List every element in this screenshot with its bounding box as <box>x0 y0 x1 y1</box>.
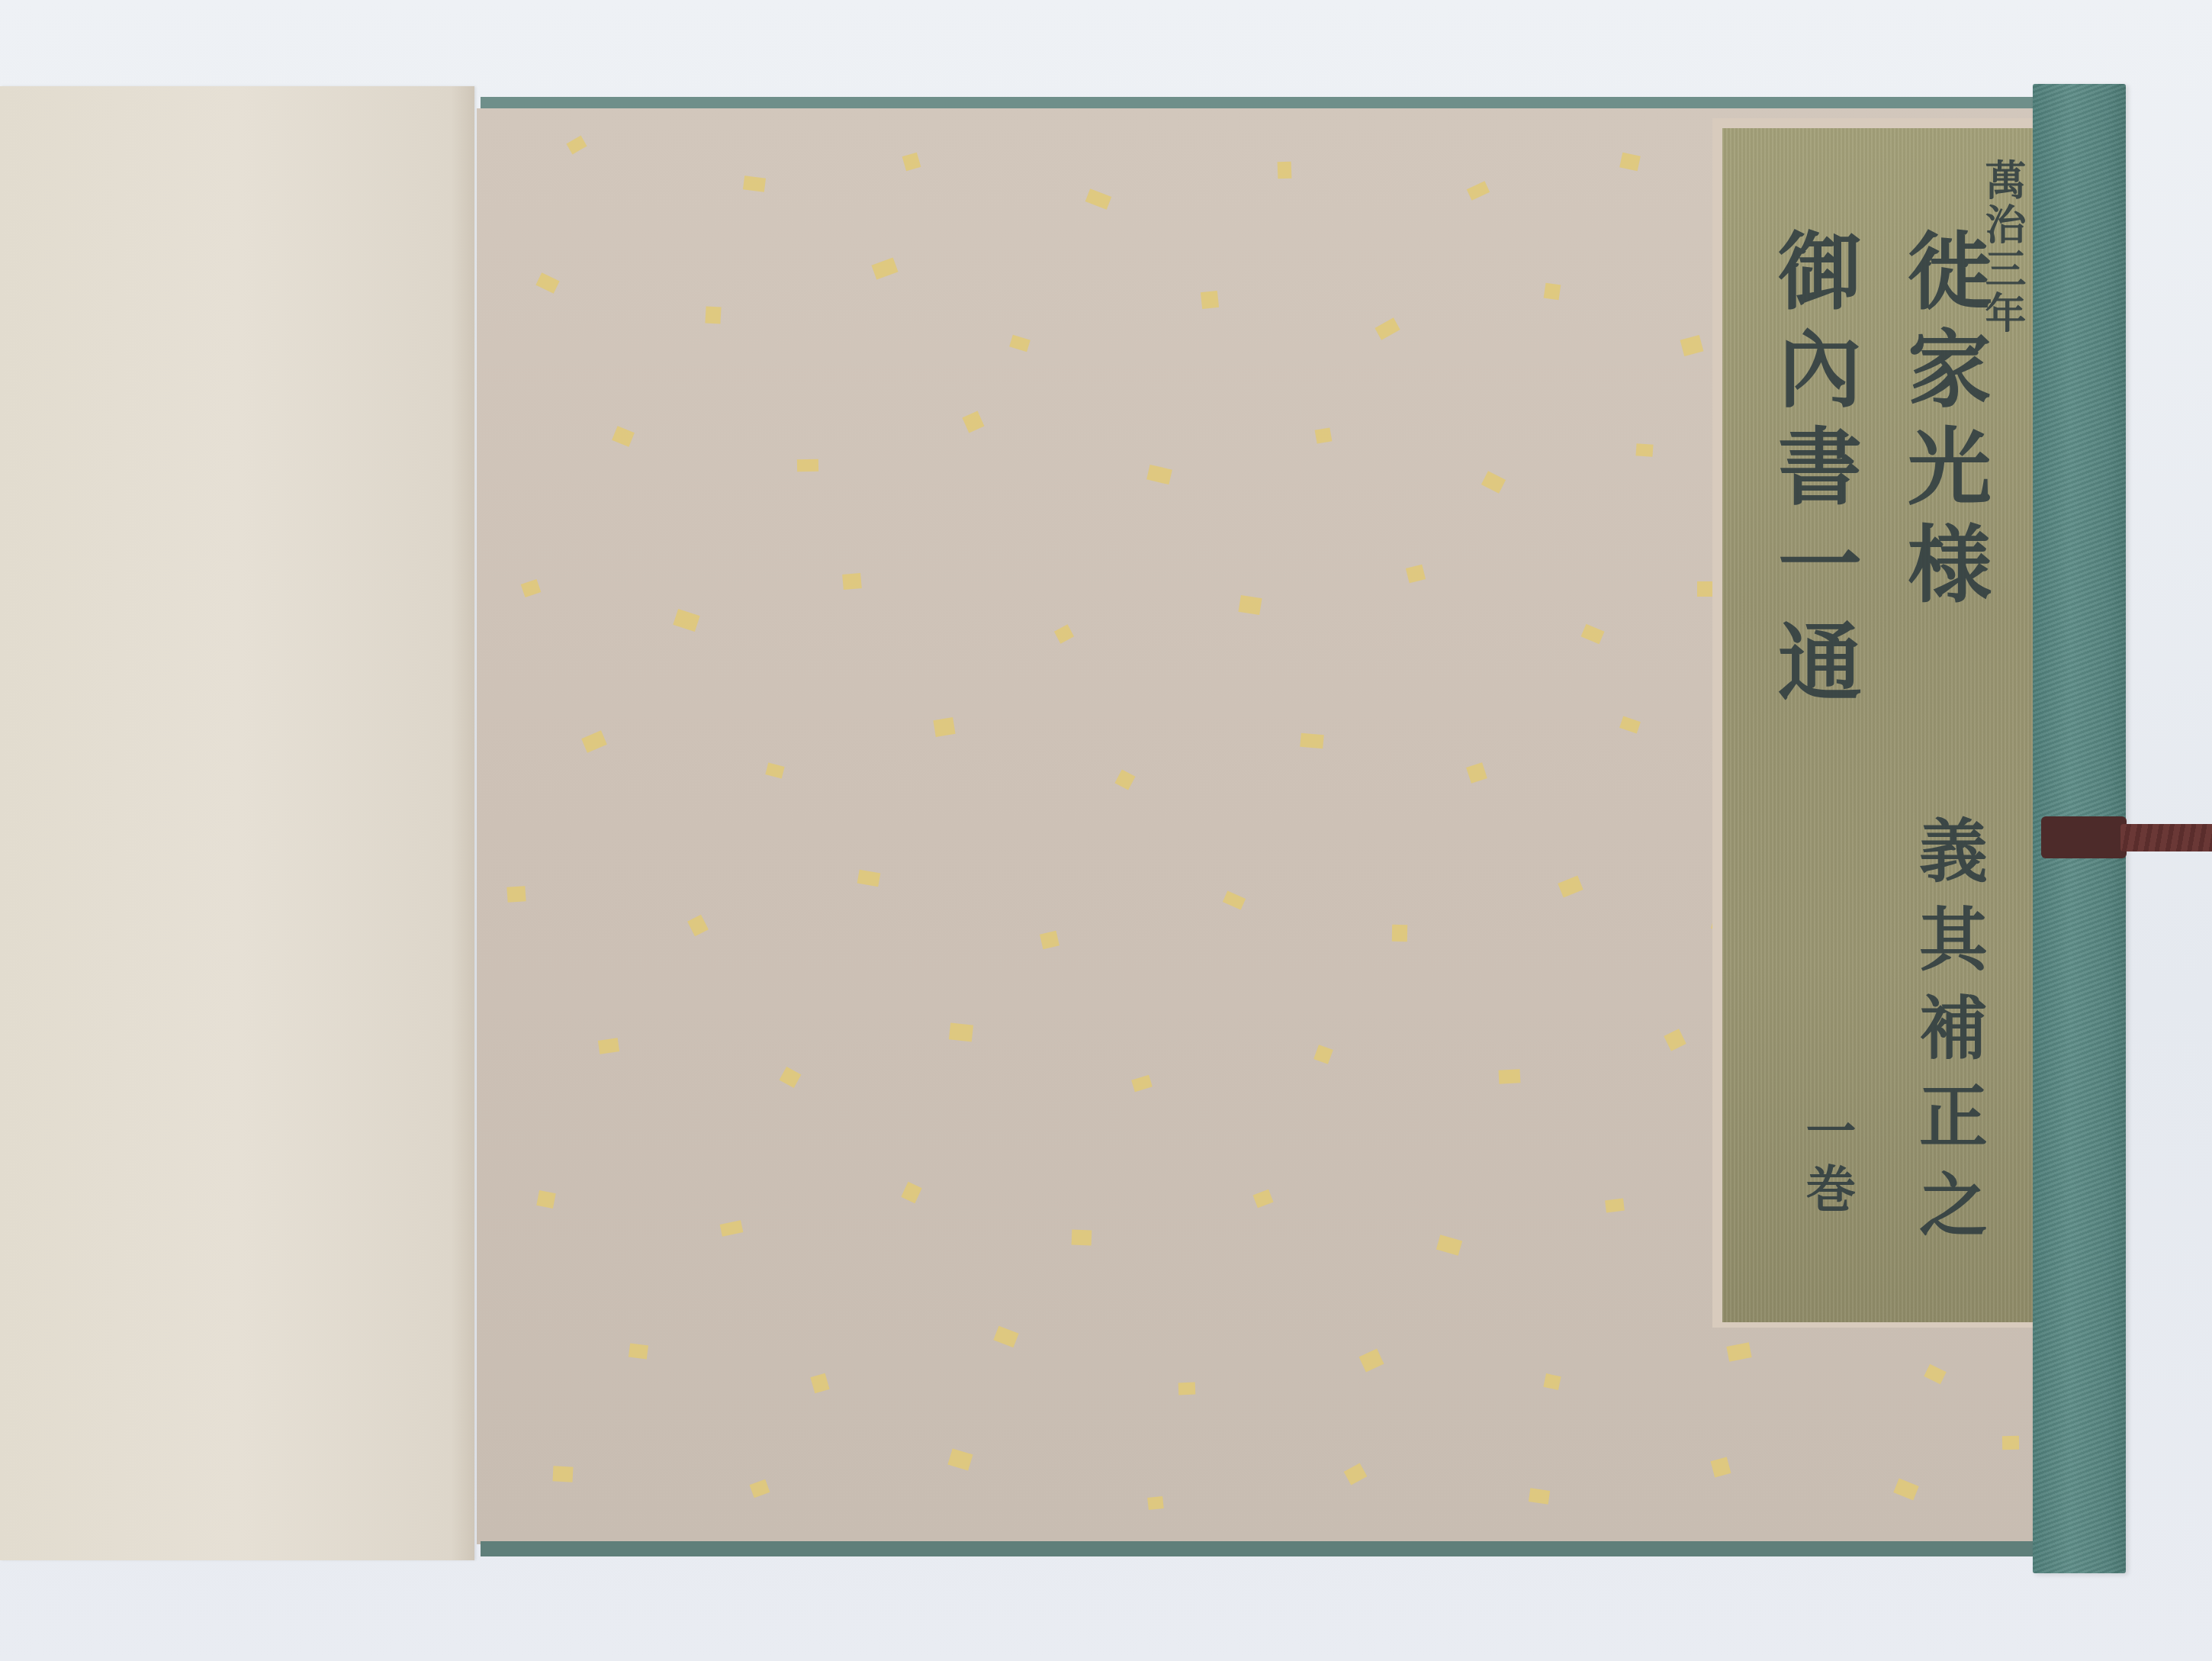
gold-leaf-fleck <box>1499 1069 1521 1083</box>
gold-leaf-fleck <box>1406 565 1426 584</box>
gold-leaf-fleck <box>1481 471 1506 494</box>
label-volume-count: 一巻 <box>1791 1105 1863 1221</box>
gold-leaf-fleck <box>536 1190 555 1209</box>
gold-leaf-fleck <box>566 136 587 155</box>
gold-leaf-fleck <box>810 1373 829 1394</box>
gold-leaf-fleck <box>612 426 635 447</box>
gold-leaf-fleck <box>1300 733 1323 749</box>
gold-leaf-fleck <box>1466 762 1487 784</box>
cord-wrap <box>2041 816 2127 858</box>
gold-leaf-fleck <box>1253 1189 1274 1209</box>
gold-leaf-fleck <box>1040 931 1059 949</box>
gold-leaf-fleck <box>1619 153 1641 172</box>
gold-leaf-fleck <box>1085 188 1111 210</box>
gold-leaf-fleck <box>581 730 607 752</box>
gold-leaf-fleck <box>743 175 766 192</box>
gold-leaf-fleck <box>871 257 898 279</box>
gold-leaf-fleck <box>797 459 818 472</box>
gold-leaf-fleck <box>1374 317 1400 340</box>
gold-leaf-fleck <box>780 1067 802 1088</box>
gold-leaf-fleck <box>1726 1342 1751 1361</box>
gold-leaf-fleck <box>1114 769 1135 790</box>
gold-leaf-fleck <box>1544 283 1561 301</box>
gold-leaf-fleck <box>1543 1373 1561 1390</box>
gold-leaf-fleck <box>765 763 784 779</box>
gold-leaf-fleck <box>1131 1075 1153 1092</box>
gold-leaf-fleck <box>1344 1463 1368 1485</box>
gold-leaf-fleck <box>842 573 862 590</box>
gold-leaf-fleck <box>1313 1045 1333 1064</box>
gold-leaf-fleck <box>2002 1436 2019 1450</box>
gold-leaf-fleck <box>1359 1349 1384 1373</box>
gold-leaf-fleck <box>1619 716 1641 734</box>
gold-leaf-fleck <box>949 1022 973 1041</box>
gold-leaf-fleck <box>1581 624 1605 645</box>
gold-leaf-fleck <box>1436 1234 1462 1255</box>
gold-leaf-fleck <box>1529 1488 1550 1504</box>
label-signature: 義其補正之 <box>1898 815 1997 1257</box>
gold-leaf-fleck <box>750 1479 770 1498</box>
endpaper-bottom-border <box>481 1541 2067 1556</box>
gold-leaf-fleck <box>1315 427 1333 443</box>
gold-leaf-fleck <box>1054 624 1074 643</box>
gold-leaf-fleck <box>962 410 984 433</box>
gold-leaf-fleck <box>1924 1364 1946 1385</box>
gold-leaf-fleck <box>901 1182 921 1203</box>
gold-leaf-fleck <box>673 609 699 632</box>
gold-leaf-fleck <box>521 579 542 597</box>
label-title-right-column: 徙家光様 <box>1882 227 2003 618</box>
label-title-left-column: 御內書一通 <box>1753 227 1873 716</box>
gold-leaf-fleck <box>1893 1478 1918 1500</box>
gold-leaf-fleck <box>1680 335 1704 356</box>
gold-leaf-fleck <box>1711 1457 1731 1478</box>
gold-leaf-fleck <box>1664 1028 1686 1051</box>
gold-leaf-fleck <box>1147 1496 1164 1510</box>
gold-leaf-fleck <box>535 272 559 294</box>
gold-leaf-fleck <box>1178 1383 1196 1395</box>
gold-leaf-fleck <box>720 1220 744 1236</box>
gold-leaf-fleck <box>1009 335 1030 352</box>
plain-paper-section <box>0 86 474 1560</box>
gold-leaf-fleck <box>1223 890 1246 909</box>
gold-leaf-fleck <box>1392 925 1407 942</box>
gold-leaf-fleck <box>1146 465 1172 484</box>
gold-leaf-fleck <box>1558 875 1583 897</box>
gold-leaf-fleck <box>1072 1230 1092 1246</box>
gold-leaf-fleck <box>1201 291 1219 309</box>
gold-leaf-fleck <box>687 915 709 937</box>
gold-leaf-fleck <box>1697 581 1712 597</box>
gold-leaf-fleck <box>902 153 921 172</box>
gold-leaf-fleck <box>857 870 881 887</box>
gold-leaf-fleck <box>933 717 955 737</box>
gold-leaf-fleck <box>1605 1199 1625 1213</box>
gold-leaf-fleck <box>947 1448 973 1470</box>
gold-leaf-fleck <box>993 1326 1018 1348</box>
gold-leaf-fleck <box>552 1466 573 1482</box>
gold-leaf-fleck <box>1467 181 1490 200</box>
gold-leaf-fleck <box>1635 443 1653 456</box>
gold-leaf-fleck <box>1238 595 1262 615</box>
title-label: 萬治三年 徙家光様 御內書一通 義其補正之 一巻 <box>1722 128 2044 1322</box>
gold-leaf-fleck <box>705 306 721 324</box>
gold-leaf-fleck <box>629 1344 648 1360</box>
tie-cord[interactable] <box>2120 824 2212 851</box>
gold-leaf-fleck <box>598 1038 619 1054</box>
gold-leaf-fleck <box>1278 162 1292 179</box>
gold-leaf-fleck <box>506 886 526 903</box>
